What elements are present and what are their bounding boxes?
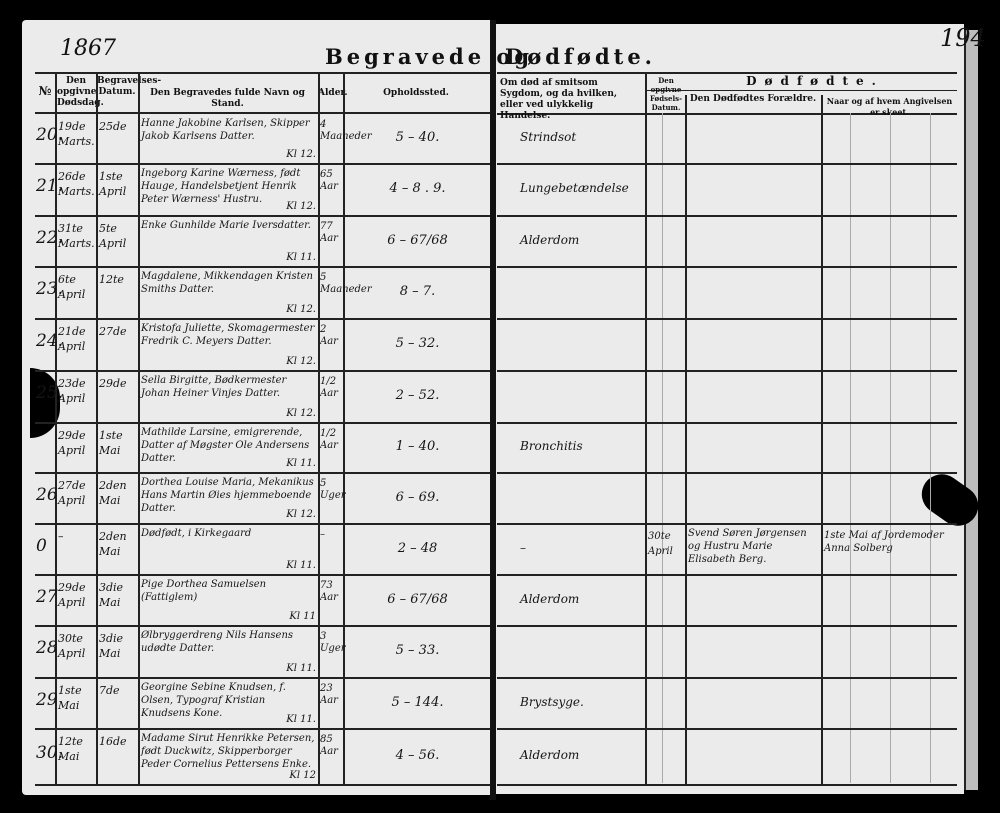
burial-date: 27de (99, 324, 137, 339)
residence: 5 – 33. (350, 643, 485, 658)
entry-number: 26 (36, 488, 56, 503)
row-rule (35, 422, 490, 424)
entry-number: 27 (36, 590, 56, 605)
age: 3 Uger (320, 631, 343, 655)
entry-number: 29 (36, 693, 56, 708)
row-rule (35, 574, 490, 576)
death-date: 26de Marts. (58, 169, 96, 199)
header-name: Den Begravedes fulde Navn og Stand. (140, 88, 315, 110)
row-rule-right (497, 318, 957, 320)
age: 4 Maaneder (320, 119, 343, 143)
age: 73 Aar (320, 580, 343, 604)
row-rule (35, 266, 490, 268)
residence: 2 – 52. (350, 388, 485, 403)
stillborn-parents: Svend Søren Jørgensen og Hustru Marie El… (688, 527, 820, 566)
deceased-name: Madame Sirut Henrikke Petersen, født Duc… (141, 732, 316, 771)
faint-line (662, 113, 663, 783)
title-left: Begravede og (325, 44, 533, 69)
residence: 6 – 67/68 (350, 233, 485, 248)
row-rule-right (497, 215, 957, 217)
parish-ref: Kl 12. (280, 354, 316, 369)
subsection-title: Dødfødte. (700, 76, 930, 87)
death-date: 29de April (58, 580, 96, 610)
entry-number: 24. (36, 334, 56, 349)
residence: 5 – 32. (350, 336, 485, 351)
age: 65 Aar (320, 169, 343, 193)
title-right: Dødfødte. (505, 44, 656, 69)
deceased-name: Pige Dorthea Samuelsen (Fattiglem) (141, 578, 316, 604)
deceased-name: Enke Gunhilde Marie Iversdatter. (141, 219, 316, 232)
residence: 2 – 48 (350, 541, 485, 556)
row-rule-right (497, 677, 957, 679)
death-date: 6te April (58, 272, 96, 302)
age: 85 Aar (320, 734, 343, 758)
row-rule-right (497, 163, 957, 165)
residence: 4 – 56. (350, 748, 485, 763)
burial-date: 16de (99, 734, 137, 749)
entry-number: 30. (36, 746, 56, 761)
residence: 5 – 40. (350, 130, 485, 145)
parish-ref: Kl 12. (280, 147, 316, 162)
year-label: 1867 (60, 36, 116, 61)
header-top-rule (35, 72, 490, 74)
deceased-name: Dødfødt, i Kirkegaard (141, 527, 316, 540)
entry-number: 23. (36, 282, 56, 297)
cause-of-death: Bronchitis (520, 439, 640, 454)
reported-by: 1ste Mai af Jordemoder Anna Solberg (824, 529, 956, 555)
col-line (821, 95, 823, 785)
row-rule (35, 318, 490, 320)
residence: 1 – 40. (350, 439, 485, 454)
age: 5 Maaneder (320, 272, 343, 296)
cause-of-death: Brystsyge. (520, 695, 640, 710)
cause-of-death: Alderdom (520, 592, 640, 607)
header-parents: Den Dødfødtes Forældre. (687, 94, 819, 105)
parish-ref: Kl 12. (280, 406, 316, 421)
row-rule (35, 728, 490, 730)
deceased-name: Kristofa Juliette, Skomagermester Fredri… (141, 322, 316, 348)
parish-ref: Kl 11. (280, 250, 316, 265)
header-death-date: Den opgivne Dødsdag. (57, 76, 95, 109)
row-rule (35, 163, 490, 165)
residence: 5 – 144. (350, 695, 485, 710)
death-date: 19de Marts. (58, 119, 96, 149)
row-rule-right (497, 472, 957, 474)
deceased-name: Sella Birgitte, Bødkermester Johan Heine… (141, 374, 316, 400)
header-bottom-rule (35, 112, 490, 114)
death-date: 29de April (58, 428, 96, 458)
age: 23 Aar (320, 683, 343, 707)
cause-of-death: Alderdom (520, 748, 640, 763)
entry-number: 21. (36, 179, 56, 194)
burial-date: 7de (99, 683, 137, 698)
header-stillborn-date: Den opgivne Fødsels-Datum. (647, 76, 685, 112)
page-number: 194 (940, 24, 986, 52)
burial-date: 1ste April (99, 169, 137, 199)
parish-ref: Kl 11 (280, 609, 316, 624)
burial-date: 3die Mai (99, 631, 137, 661)
row-rule (35, 472, 490, 474)
death-date: 1ste Mai (58, 683, 96, 713)
cause-of-death: Strindsot (520, 130, 640, 145)
row-rule (35, 523, 490, 525)
deceased-name: Ølbryggerdreng Nils Hansens udødte Datte… (141, 629, 316, 655)
header-nr: № (35, 86, 55, 97)
entry-number: 0 (36, 539, 56, 554)
col-line (685, 95, 687, 785)
death-date: 30te April (58, 631, 96, 661)
parish-ref: Kl 11. (280, 712, 316, 727)
row-rule-right (497, 784, 957, 786)
parish-ref: Kl 12. (280, 199, 316, 214)
residence: 6 – 67/68 (350, 592, 485, 607)
header-residence: Opholdssted. (345, 88, 487, 99)
parish-ref: Kl 11. (280, 661, 316, 676)
age: 5 Uger (320, 478, 343, 502)
faint-line (850, 113, 851, 783)
burial-date: 2den Mai (99, 478, 137, 508)
deceased-name: Magdalene, Mikkendagen Kristen Smiths Da… (141, 270, 316, 296)
parish-ref: Kl 12. (280, 507, 316, 522)
residence: 8 – 7. (350, 284, 485, 299)
burial-date: 3die Mai (99, 580, 137, 610)
row-rule-right (497, 625, 957, 627)
age: 2 Aar (320, 324, 343, 348)
death-date: 12te Mai (58, 734, 96, 764)
book-gutter (490, 20, 496, 800)
row-rule-right (497, 266, 957, 268)
row-rule (35, 625, 490, 627)
parish-ref: Kl 12 (280, 768, 316, 783)
burial-date: 2den Mai (99, 529, 137, 559)
age: 1/2 Aar (320, 428, 343, 452)
entry-number: 22. (36, 231, 56, 246)
row-rule-right (497, 728, 957, 730)
death-date: 23de April (58, 376, 96, 406)
page-edge (964, 30, 978, 790)
row-rule-right (497, 523, 957, 525)
header-burial-date: Begravelses-Datum. (97, 76, 137, 98)
age: – (320, 529, 343, 541)
burial-date: 29de (99, 376, 137, 391)
deceased-name: Hanne Jakobine Karlsen, Skipper Jakob Ka… (141, 117, 316, 143)
row-rule-right (497, 370, 957, 372)
row-rule (35, 215, 490, 217)
cause-of-death: Alderdom (520, 233, 640, 248)
cause-of-death: – (520, 541, 640, 556)
parish-ref: Kl 11. (280, 456, 316, 471)
row-rule (35, 677, 490, 679)
death-date: – (58, 529, 96, 544)
entry-number: 28 (36, 641, 56, 656)
entry-number: 20. (36, 128, 56, 143)
header-cause: Om død af smitsom Sygdom, og da hvilken,… (500, 78, 642, 122)
faint-line (930, 113, 931, 783)
row-rule (35, 784, 490, 786)
parish-ref: Kl 11. (280, 558, 316, 573)
row-rule-right (497, 422, 957, 424)
cause-of-death: Lungebetændelse (520, 181, 640, 196)
faint-line (890, 113, 891, 783)
death-date: 31te Marts. (58, 221, 96, 251)
row-rule-right (497, 574, 957, 576)
burial-date: 12te (99, 272, 137, 287)
header-age: Alder. (318, 88, 342, 99)
burial-date: 5te April (99, 221, 137, 251)
residence: 4 – 8 . 9. (350, 181, 485, 196)
residence: 6 – 69. (350, 490, 485, 505)
age: 1/2 Aar (320, 376, 343, 400)
entry-number: 25. (36, 386, 56, 401)
subheader-rule (647, 90, 957, 91)
row-rule (35, 370, 490, 372)
burial-date: 25de (99, 119, 137, 134)
death-date: 21de April (58, 324, 96, 354)
stillborn-date: 30te April (648, 529, 684, 559)
death-date: 27de April (58, 478, 96, 508)
age: 77 Aar (320, 221, 343, 245)
header-top-rule-r (497, 72, 647, 74)
parish-ref: Kl 12. (280, 302, 316, 317)
burial-date: 1ste Mai (99, 428, 137, 458)
